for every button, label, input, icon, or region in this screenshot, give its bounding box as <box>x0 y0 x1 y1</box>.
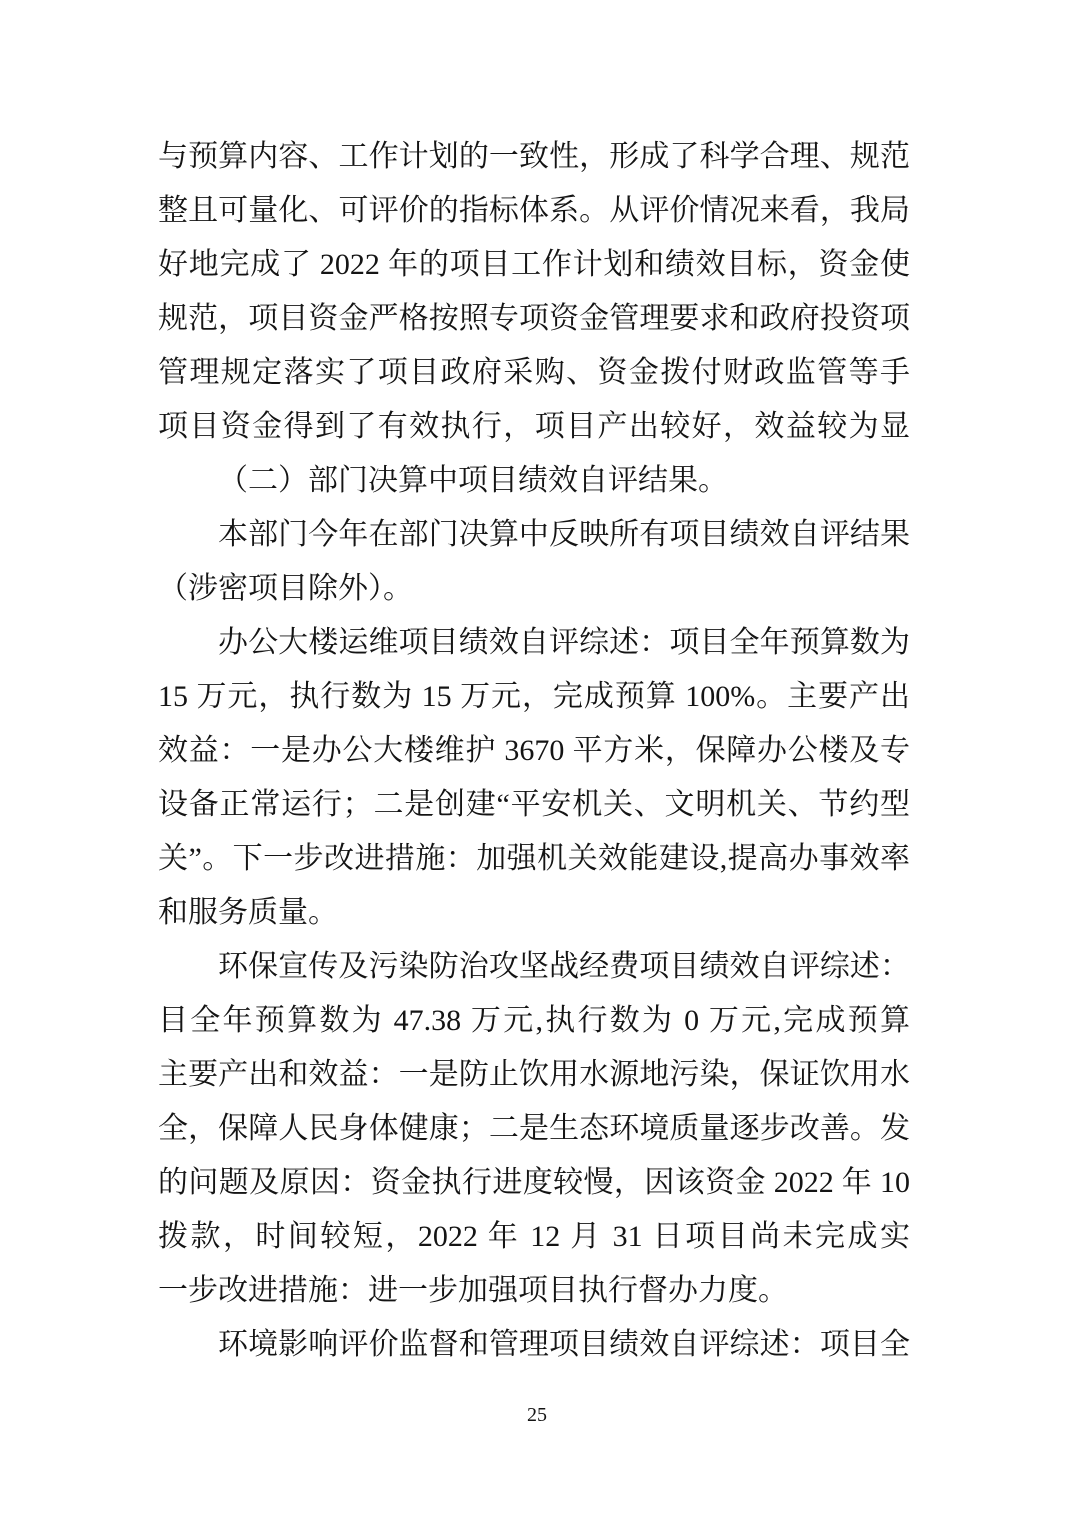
text-line: 一步改进措施：进一步加强项目执行督办力度。 <box>158 1264 910 1318</box>
text-line: 规范，项目资金严格按照专项资金管理要求和政府投资项目 <box>158 292 910 346</box>
document-page: 与预算内容、工作计划的一致性，形成了科学合理、规范完整且可量化、可评价的指标体系… <box>0 0 1074 1520</box>
text-line: 全，保障人民身体健康；二是生态环境质量逐步改善。发现 <box>158 1102 910 1156</box>
text-line: 项目资金得到了有效执行，项目产出较好，效益较为显著。 <box>158 400 910 454</box>
text-line: 环境影响评价监督和管理项目绩效自评综述：项目全年 <box>158 1318 910 1372</box>
text-line: 的问题及原因：资金执行进度较慢，因该资金 2022 年 10 月 <box>158 1156 910 1210</box>
text-line: 整且可量化、可评价的指标体系。从评价情况来看，我局较 <box>158 184 910 238</box>
text-line: 15 万元，执行数为 15 万元，完成预算 100%。主要产出和 <box>158 670 910 724</box>
text-line: 主要产出和效益：一是防止饮用水源地污染，保证饮用水安 <box>158 1048 910 1102</box>
text-line: 和服务质量。 <box>158 886 910 940</box>
text-line: 办公大楼运维项目绩效自评综述：项目全年预算数为 <box>158 616 910 670</box>
document-body: 与预算内容、工作计划的一致性，形成了科学合理、规范完整且可量化、可评价的指标体系… <box>158 130 910 1372</box>
text-line: 本部门今年在部门决算中反映所有项目绩效自评结果 <box>158 508 910 562</box>
text-line: 管理规定落实了项目政府采购、资金拨付财政监管等手续， <box>158 346 910 400</box>
text-line: 拨款，时间较短，2022 年 12 月 31 日项目尚未完成实施。下 <box>158 1210 910 1264</box>
text-line: （二）部门决算中项目绩效自评结果。 <box>158 454 910 508</box>
text-line: 与预算内容、工作计划的一致性，形成了科学合理、规范完 <box>158 130 910 184</box>
text-line: 环保宣传及污染防治攻坚战经费项目绩效自评综述：项 <box>158 940 910 994</box>
text-line: 设备正常运行；二是创建“平安机关、文明机关、节约型机 <box>158 778 910 832</box>
text-line: 好地完成了 2022 年的项目工作计划和绩效目标，资金使用 <box>158 238 910 292</box>
text-line: 效益：一是办公大楼维护 3670 平方米，保障办公楼及专用 <box>158 724 910 778</box>
text-line: 关”。下一步改进措施：加强机关效能建设,提高办事效率 <box>158 832 910 886</box>
text-line: 目全年预算数为 47.38 万元,执行数为 0 万元,完成预算 0%。 <box>158 994 910 1048</box>
page-number: 25 <box>0 1402 1074 1428</box>
text-line: （涉密项目除外）。 <box>158 562 910 616</box>
